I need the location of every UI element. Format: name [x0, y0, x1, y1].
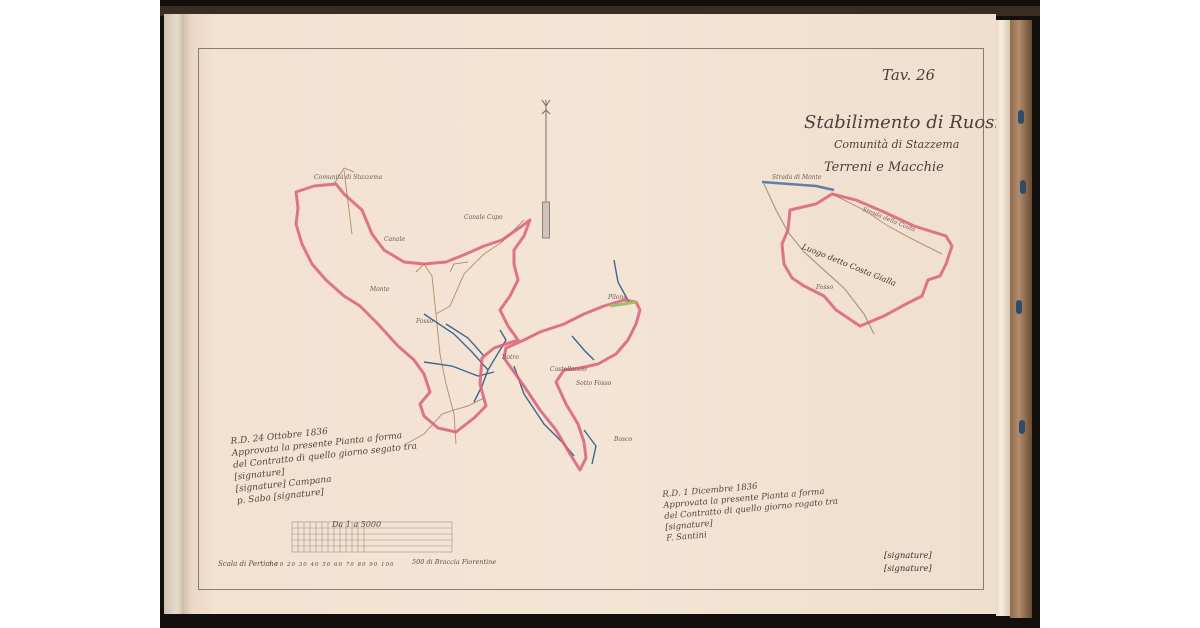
plate-number: Tav. 26 — [882, 66, 935, 84]
scale-tick: 40 — [311, 562, 320, 568]
scale-tick: 80 — [358, 562, 367, 568]
scale-tick: 50 — [322, 562, 331, 568]
marbled-cover-spot — [1016, 300, 1022, 314]
inset-edge-label: Fosso — [816, 284, 833, 291]
left-page-edge — [164, 14, 186, 614]
inset-edge-label: Strada di Monte — [772, 174, 822, 181]
map-drawing — [184, 14, 996, 614]
scale-tick: 90 — [369, 562, 378, 568]
scale-right-label: 500 di Braccia Fiorentine — [412, 558, 496, 566]
scale-tick: 100 — [381, 562, 395, 568]
map-label: Sotto Fosso — [576, 380, 611, 387]
signature: [signature] — [884, 550, 932, 563]
scale-tick: 70 — [346, 562, 355, 568]
map-label: Comunità di Stazzema — [314, 174, 382, 181]
scale-tick: 10 — [275, 562, 284, 568]
map-subtitle-community: Comunità di Stazzema — [834, 138, 959, 151]
scale-tick: 30 — [299, 562, 308, 568]
map-label: Castellaccio — [550, 366, 587, 373]
map-subtitle-lands: Terreni e Macchie — [824, 160, 944, 175]
scale-tick: 0 — [268, 562, 273, 568]
scale-tick: 60 — [334, 562, 343, 568]
map-label: Fosso — [416, 318, 433, 325]
map-title: Stabilimento di Ruosina — [804, 112, 1023, 133]
north-arrow-icon — [542, 100, 550, 238]
right-page-edges — [996, 20, 1010, 616]
map-label: Canale — [384, 236, 405, 243]
signature: [signature] — [884, 563, 932, 576]
bottom-right-signatures: [signature] [signature] — [884, 550, 932, 576]
map-label: Botro — [502, 354, 519, 361]
map-page: Comunità di Stazzema Canale Monte Fosso … — [184, 14, 996, 614]
scale-ratio-label: Da 1 a 5000 — [332, 520, 381, 529]
book-scan: Comunità di Stazzema Canale Monte Fosso … — [160, 0, 1040, 628]
marbled-cover-spot — [1018, 110, 1024, 124]
map-label: Pilone — [608, 294, 627, 301]
map-label: Bosco — [614, 436, 632, 443]
marbled-cover-spot — [1020, 180, 1026, 194]
map-label: Monte — [370, 286, 390, 293]
inset-parcel — [762, 182, 952, 334]
map-label: Canale Capo — [464, 214, 503, 221]
scale-tick-labels: 0 10 20 30 40 50 60 70 80 90 100 — [268, 562, 395, 568]
book-cover-right — [1010, 20, 1032, 618]
marbled-cover-spot — [1019, 420, 1025, 434]
scale-tick: 20 — [287, 562, 296, 568]
